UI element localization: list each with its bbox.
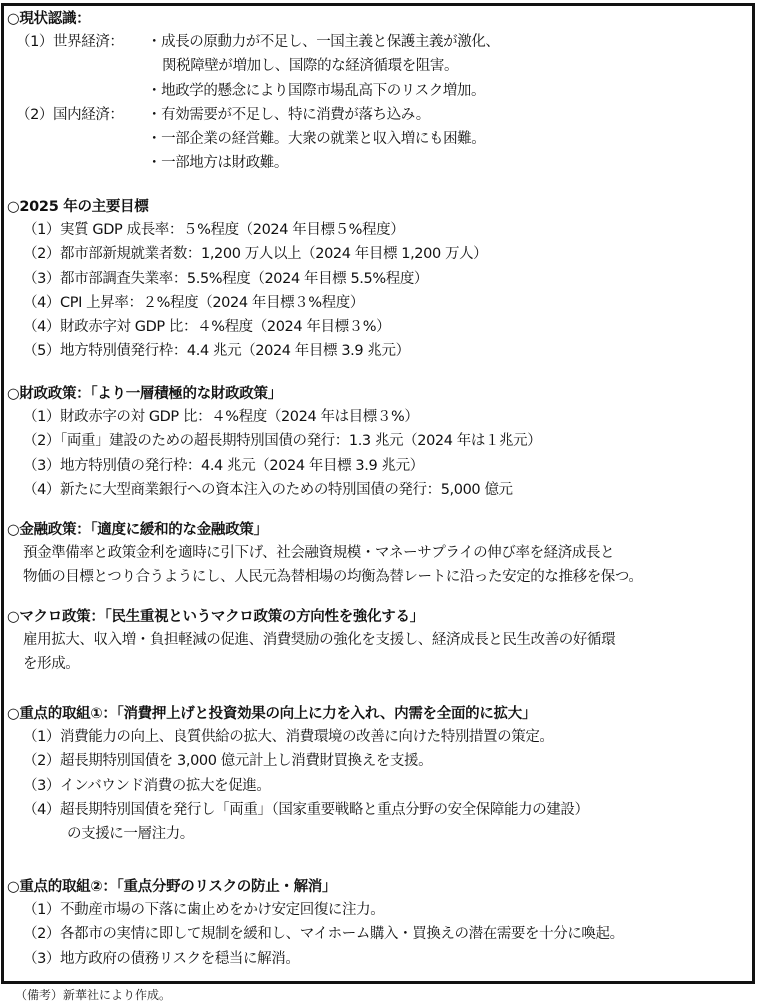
domestic-economy-items: ・有効需要が不足し、特に消費が落ち込み。 ・一部企業の経営難。大衆の就業と収入増… xyxy=(147,103,485,176)
section-monetary-policy: ○金融政策：「適度に緩和的な金融政策」 預金準備率と政策金利を適時に引下げ、社会… xyxy=(7,519,752,590)
section-title: ○現状認識： xyxy=(7,8,752,30)
list-item: （2）都市部新規就業者数：1,200 万人以上（2024 年目標 1,200 万… xyxy=(7,242,752,266)
section-title: ○重点的取組①：「消費押上げと投資効果の向上に力を入れ、内需を全面的に拡大」 xyxy=(7,703,752,725)
list-item: （3）インバウンド消費の拡大を促進。 xyxy=(7,774,752,798)
list-item: （4）超長期特別国債を発行し「両重」（国家重要戦略と重点分野の安全保障能力の建設… xyxy=(7,798,752,822)
list-item: （1）財政赤字の対 GDP 比：４%程度（2024 年は目標３%） xyxy=(7,405,752,429)
section-priority-2: ○重点的取組②：「重点分野のリスクの防止・解消」 （1）不動産市場の下落に歯止め… xyxy=(7,876,752,971)
list-item: （2）「両重」建設のための超長期特別国債の発行：1.3 兆元（2024 年は１兆… xyxy=(7,429,752,453)
list-item: （3）都市部調査失業率：5.5%程度（2024 年目標 5.5%程度） xyxy=(7,267,752,291)
paragraph-line: 雇用拡大、収入増・負担軽減の促進、消費奨励の強化を支援し、経済成長と民生改善の好… xyxy=(7,628,752,652)
list-item: ・成長の原動力が不足し、一国主義と保護主義が激化、 xyxy=(147,30,500,54)
list-item: （3）地方特別債の発行枠：4.4 兆元（2024 年目標 3.9 兆元） xyxy=(7,454,752,478)
paragraph-line: 物価の目標とつり合うようにし、人民元為替相場の均衡為替レートに沿った安定的な推移… xyxy=(7,565,752,589)
list-item: （4）CPI 上昇率：２%程度（2024 年目標３%程度） xyxy=(7,291,752,315)
domestic-economy-label: （2）国内経済： xyxy=(7,103,147,176)
paragraph-line: を形成。 xyxy=(7,652,752,676)
source-note: （備考）新華社により作成。 xyxy=(15,986,171,1003)
policy-summary-box: ○現状認識： （1）世界経済： ・成長の原動力が不足し、一国主義と保護主義が激化… xyxy=(1,3,755,984)
list-item: （4）財政赤字対 GDP 比：４%程度（2024 年目標３%） xyxy=(7,315,752,339)
section-current-assessment: ○現状認識： （1）世界経済： ・成長の原動力が不足し、一国主義と保護主義が激化… xyxy=(7,8,752,176)
list-item: ・有効需要が不足し、特に消費が落ち込み。 xyxy=(147,103,485,127)
list-item: ・地政学的懸念により国際市場乱高下のリスク増加。 xyxy=(147,79,500,103)
list-item: （1）不動産市場の下落に歯止めをかけ安定回復に注力。 xyxy=(7,898,752,922)
section-title: ○2025 年の主要目標 xyxy=(7,196,752,218)
section-title: ○マクロ政策：「民生重視というマクロ政策の方向性を強化する」 xyxy=(7,606,752,628)
world-economy-items: ・成長の原動力が不足し、一国主義と保護主義が激化、 関税障壁が増加し、国際的な経… xyxy=(147,30,500,103)
list-item: （2）超長期特別国債を 3,000 億元計上し消費財買換えを支援。 xyxy=(7,749,752,773)
list-item: （1）実質 GDP 成長率：５%程度（2024 年目標５%程度） xyxy=(7,218,752,242)
list-item: 関税障壁が増加し、国際的な経済循環を阻害。 xyxy=(147,54,500,78)
world-economy-label: （1）世界経済： xyxy=(7,30,147,103)
section-macro-policy: ○マクロ政策：「民生重視というマクロ政策の方向性を強化する」 雇用拡大、収入増・… xyxy=(7,606,752,677)
list-item: （5）地方特別債発行枠：4.4 兆元（2024 年目標 3.9 兆元） xyxy=(7,339,752,363)
domestic-economy-row: （2）国内経済： ・有効需要が不足し、特に消費が落ち込み。 ・一部企業の経営難。… xyxy=(7,103,752,176)
section-priority-1: ○重点的取組①：「消費押上げと投資効果の向上に力を入れ、内需を全面的に拡大」 （… xyxy=(7,703,752,846)
list-item: （1）消費能力の向上、良質供給の拡大、消費環境の改善に向けた特別措置の策定。 xyxy=(7,725,752,749)
list-item: ・一部地方は財政難。 xyxy=(147,151,485,175)
section-fiscal-policy: ○財政政策：「より一層積極的な財政政策」 （1）財政赤字の対 GDP 比：４%程… xyxy=(7,383,752,502)
section-2025-targets: ○2025 年の主要目標 （1）実質 GDP 成長率：５%程度（2024 年目標… xyxy=(7,196,752,364)
section-title: ○金融政策：「適度に緩和的な金融政策」 xyxy=(7,519,752,541)
world-economy-row: （1）世界経済： ・成長の原動力が不足し、一国主義と保護主義が激化、 関税障壁が… xyxy=(7,30,752,103)
section-title: ○財政政策：「より一層積極的な財政政策」 xyxy=(7,383,752,405)
paragraph-line: 預金準備率と政策金利を適時に引下げ、社会融資規模・マネーサプライの伸び率を経済成… xyxy=(7,541,752,565)
list-item: （3）地方政府の債務リスクを穏当に解消。 xyxy=(7,947,752,971)
list-item: （2）各都市の実情に即して規制を緩和し、マイホーム購入・買換えの潜在需要を十分に… xyxy=(7,922,752,946)
list-item: （4）新たに大型商業銀行への資本注入のための特別国債の発行：5,000 億元 xyxy=(7,478,752,502)
list-item-continuation: の支援に一層注力。 xyxy=(7,822,752,846)
list-item: ・一部企業の経営難。大衆の就業と収入増にも困難。 xyxy=(147,127,485,151)
section-title: ○重点的取組②：「重点分野のリスクの防止・解消」 xyxy=(7,876,752,898)
